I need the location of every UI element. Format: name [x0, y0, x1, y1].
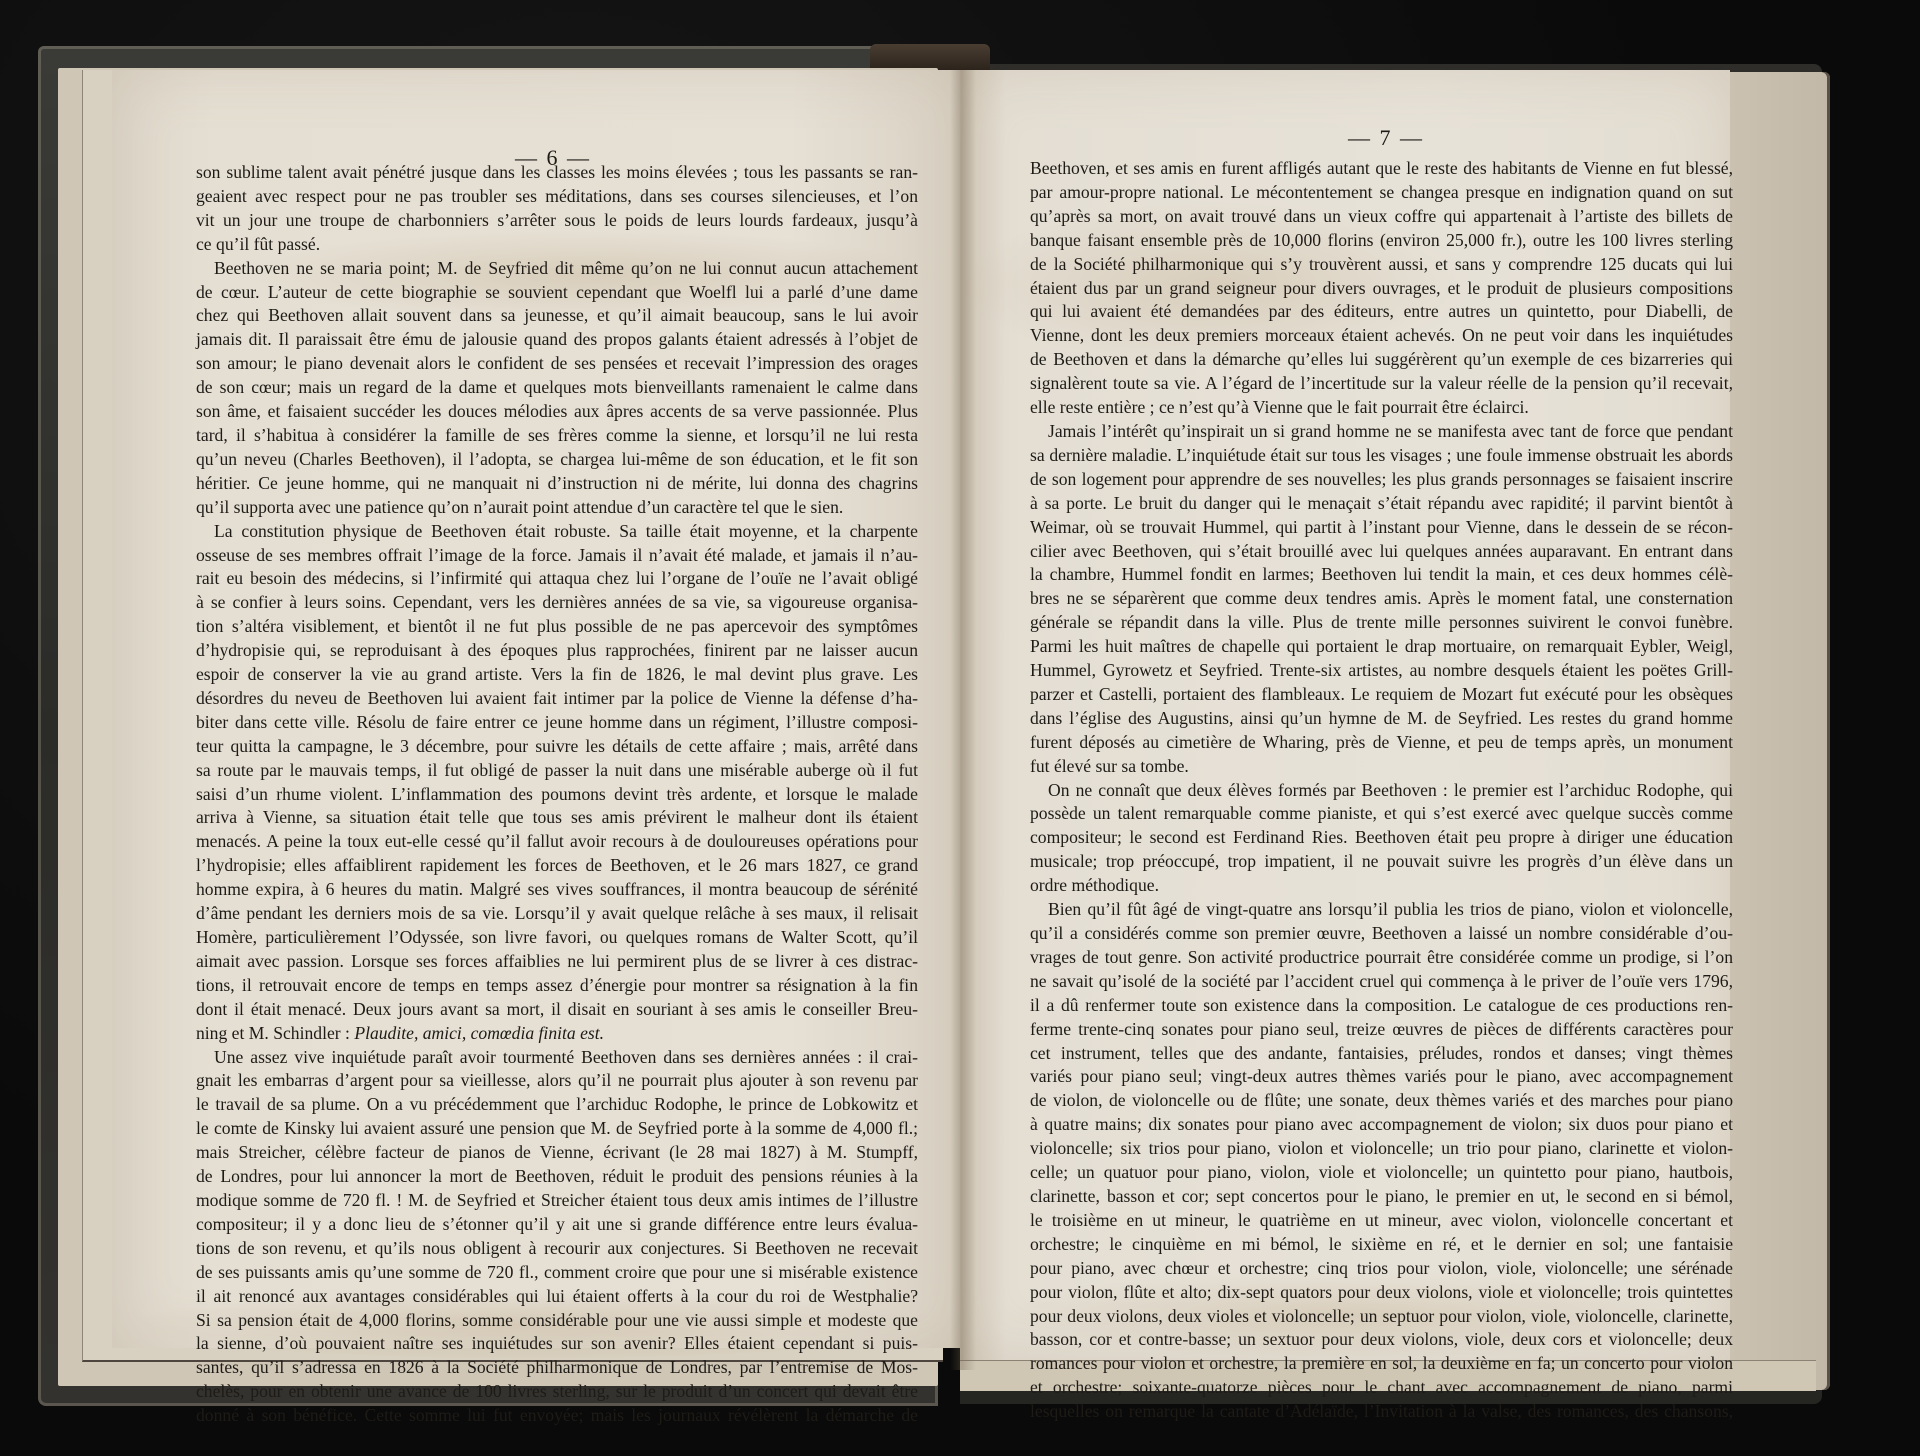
- text-line: vit un jour une troupe de charbonniers s…: [196, 209, 918, 233]
- text-line: sa route par le mauvais temps, il fut ob…: [196, 759, 918, 783]
- text-line: ne savait qu’isolé de la société par l’a…: [1030, 970, 1733, 994]
- text-line: Si sa pension était de 4,000 florins, so…: [196, 1309, 918, 1333]
- text-line: Beethoven ne se maria point; M. de Seyfr…: [196, 257, 918, 281]
- text-line: de cœur. L’auteur de cette biographie se…: [196, 281, 918, 305]
- text-line: par amour-propre national. Le mécontente…: [1030, 181, 1733, 205]
- flyleaf-right-edge: [1720, 72, 1830, 1390]
- text-line: compositeur; il y a donc lieu de s’étonn…: [196, 1213, 918, 1237]
- text-line: arriva à Vienne, sa situation était tell…: [196, 806, 918, 830]
- text-line: variés pour piano seul; vingt-deux autre…: [1030, 1065, 1733, 1089]
- text-line: furent déposés au cimetière de Wharing, …: [1030, 731, 1733, 755]
- text-line: étaient dus par un grand seigneur pour d…: [1030, 277, 1733, 301]
- text-line: son amour; le piano devenait alors le co…: [196, 352, 918, 376]
- text-line: à quatre mains; dix sonates pour piano a…: [1030, 1113, 1733, 1137]
- text-line: violoncelle; six trios pour piano, violo…: [1030, 1137, 1733, 1161]
- text-line: ce qu’il fût passé.: [196, 233, 918, 257]
- text-line: gnait les embarras d’argent pour sa viei…: [196, 1069, 918, 1093]
- text-line: le travail de sa plume. On a vu précédem…: [196, 1093, 918, 1117]
- text-line: à se confier à leurs soins. Cependant, v…: [196, 591, 918, 615]
- text-line: possède un talent remarquable comme pian…: [1030, 802, 1733, 826]
- text-line: qu’il supporta avec une patience qu’on n…: [196, 496, 918, 520]
- text-line: dans l’église des Augustins, ainsi qu’un…: [1030, 707, 1733, 731]
- text-line: compositeur; le second est Ferdinand Rie…: [1030, 826, 1733, 850]
- text-line: banque faisant ensemble près de 10,000 f…: [1030, 229, 1733, 253]
- text-line: homme expira, à 6 heures du matin. Malgr…: [196, 878, 918, 902]
- text-line: Weimar, où se trouvait Hummel, qui parti…: [1030, 516, 1733, 540]
- text-line: tions de son revenu, et qu’ils nous obli…: [196, 1237, 918, 1261]
- text-line: rait eu besoin des médecins, si l’infirm…: [196, 567, 918, 591]
- text-line: pour piano, avec chœur et orchestre; cin…: [1030, 1257, 1733, 1281]
- text-line: de son cœur; mais un regard de la dame e…: [196, 376, 918, 400]
- text-line: cilier avec Beethoven, qui s’était broui…: [1030, 540, 1733, 564]
- text-line: menacés. A peine la toux eut-elle cessé …: [196, 830, 918, 854]
- text-line: désordres du neveu de Beethoven lui avai…: [196, 687, 918, 711]
- text-line: Parmi les huit maîtres de chapelle qui p…: [1030, 635, 1733, 659]
- left-page-text: son sublime talent avait pénétré jusque …: [196, 161, 918, 1428]
- text-line: il ait renoncé aux avantages considérabl…: [196, 1285, 918, 1309]
- text-line: son sublime talent avait pénétré jusque …: [196, 161, 918, 185]
- text-line: sa dernière maladie. L’inquiétude était …: [1030, 444, 1733, 468]
- text-line: ferme trente-cinq sonates pour piano seu…: [1030, 1018, 1733, 1042]
- text-line: lesquelles on remarque la cantate d’Adél…: [1030, 1400, 1733, 1424]
- text-line: aimait avec passion. Lorsque ses forces …: [196, 950, 918, 974]
- text-line: osseuse de ses membres offrait l’image d…: [196, 544, 918, 568]
- text-line: saisi d’un rhume violent. L’inflammation…: [196, 783, 918, 807]
- text-line: biter dans cette ville. Résolu de faire …: [196, 711, 918, 735]
- text-line: ning et M. Schindler : Plaudite, amici, …: [196, 1022, 918, 1046]
- text-line: Une assez vive inquiétude paraît avoir t…: [196, 1046, 918, 1070]
- text-line: l’hydropisie; elles affaiblirent rapidem…: [196, 854, 918, 878]
- text-line: geaient avec respect pour ne pas trouble…: [196, 185, 918, 209]
- text-line: la sienne, d’où pouvaient naître ses inq…: [196, 1332, 918, 1356]
- text-line: santes, qu’il s’adressa en 1826 à la Soc…: [196, 1356, 918, 1380]
- text-line: qu’il a considérés comme son premier œuv…: [1030, 922, 1733, 946]
- text-line: qu’un neveu (Charles Beethoven), il l’ad…: [196, 448, 918, 472]
- text-line: clarinette, basson et cor; sept concerto…: [1030, 1185, 1733, 1209]
- text-line: à sa porte. Le bruit du danger qui le me…: [1030, 492, 1733, 516]
- text-line: le comte de Kinsky lui avaient assuré un…: [196, 1117, 918, 1141]
- text-line: fut élevé sur sa tombe.: [1030, 755, 1733, 779]
- text-line: pour violon, flûte et alto; dix-sept qua…: [1030, 1281, 1733, 1305]
- text-line: tion s’altéra visiblement, et bientôt il…: [196, 615, 918, 639]
- text-line: le troisième en ut mineur, le quatrième …: [1030, 1209, 1733, 1233]
- text-line: de la Société philharmonique qui s’y tro…: [1030, 253, 1733, 277]
- text-line: jamais dit. Il paraissait être ému de ja…: [196, 328, 918, 352]
- text-line: romances pour violon et orchestre, la pr…: [1030, 1352, 1733, 1376]
- text-line: héritier. Ce jeune homme, qui ne manquai…: [196, 472, 918, 496]
- text-line: chez qui Beethoven allait souvent dans s…: [196, 304, 918, 328]
- text-line: Bien qu’il fût âgé de vingt-quatre ans l…: [1030, 898, 1733, 922]
- text-line: musicale; trop préoccupé, trop impatient…: [1030, 850, 1733, 874]
- text-line: de violon, de violoncelle ou de flûte; u…: [1030, 1089, 1733, 1113]
- text-line: et orchestre; soixante-quatorze pièces p…: [1030, 1376, 1733, 1400]
- text-line: basson, cor et contre-basse; un sextuor …: [1030, 1328, 1733, 1352]
- text-line: son âme, et faisaient succéder les douce…: [196, 400, 918, 424]
- text-line: Homère, particulièrement l’Odyssée, son …: [196, 926, 918, 950]
- page-number-right: — 7 —: [1348, 125, 1424, 151]
- text-line: Beethoven, et ses amis en furent affligé…: [1030, 157, 1733, 181]
- book-gutter: [950, 70, 976, 1370]
- text-line: d’âme pendant les derniers mois de sa vi…: [196, 902, 918, 926]
- text-line: mais Streicher, célèbre facteur de piano…: [196, 1141, 918, 1165]
- text-line: tions, il retrouvait encore de temps en …: [196, 974, 918, 998]
- right-page-text: Beethoven, et ses amis en furent affligé…: [1030, 157, 1733, 1424]
- text-line: espoir de conserver la vie au grand arti…: [196, 663, 918, 687]
- text-line: elle reste entière ; ce n’est qu’à Vienn…: [1030, 396, 1733, 420]
- text-line: donné à son bénéfice. Cette somme lui fu…: [196, 1404, 918, 1428]
- text-line: dont il était menacé. Deux jours avant s…: [196, 998, 918, 1022]
- italic-quote: Plaudite, amici, comœdia finita est.: [354, 1023, 604, 1043]
- text-line: générale se répandit dans la ville. Plus…: [1030, 611, 1733, 635]
- text-line: cet instrument, telles que des andante, …: [1030, 1042, 1733, 1066]
- text-line: teur quitta la campagne, le 3 décembre, …: [196, 735, 918, 759]
- text-line: Jamais l’intérêt qu’inspirait un si gran…: [1030, 420, 1733, 444]
- text-line: de Beethoven et dans la démarche qu’elle…: [1030, 348, 1733, 372]
- text-line: la chambre, Hummel fondit en larmes; Bee…: [1030, 563, 1733, 587]
- text-line: de Londres, pour lui annoncer la mort de…: [196, 1165, 918, 1189]
- text-line: celle; un quatuor pour piano, violon, vi…: [1030, 1161, 1733, 1185]
- text-line: signalèrent toute sa vie. A l’égard de l…: [1030, 372, 1733, 396]
- text-line: chelès, pour en obtenir une avance de 10…: [196, 1380, 918, 1404]
- text-line: Hummel, Gyrowetz et Seyfried. Trente-six…: [1030, 659, 1733, 683]
- text-line: La constitution physique de Beethoven ét…: [196, 520, 918, 544]
- text-line: Vienne, dont les deux premiers morceaux …: [1030, 324, 1733, 348]
- text-line: pour deux violons, deux violes et violon…: [1030, 1305, 1733, 1329]
- text-line: de ses puissants amis qu’une somme de 72…: [196, 1261, 918, 1285]
- text-line: qui lui avaient été demandées par des éd…: [1030, 300, 1733, 324]
- text-line: tard, il s’habitua à considérer la famil…: [196, 424, 918, 448]
- text-line: parzer et Castelli, portaient des flambl…: [1030, 683, 1733, 707]
- text-line: vrages de tout genre. Son activité produ…: [1030, 946, 1733, 970]
- text-line: On ne connaît que deux élèves formés par…: [1030, 779, 1733, 803]
- text-line: il a dû renfermer toute son existence da…: [1030, 994, 1733, 1018]
- text-line: ordre méthodique.: [1030, 874, 1733, 898]
- text-line: d’hydropisie qui, se reproduisant à des …: [196, 639, 918, 663]
- text-line: modique somme de 720 fl. ! M. de Seyfrie…: [196, 1189, 918, 1213]
- book-spine: [870, 44, 990, 70]
- text-line: qu’après sa mort, on avait trouvé dans u…: [1030, 205, 1733, 229]
- text-line: orchestre; le cinquième en mi bémol, le …: [1030, 1233, 1733, 1257]
- text-line: bres ne se séparèrent que comme deux ten…: [1030, 587, 1733, 611]
- text-line: de son logement pour apprendre de ses no…: [1030, 468, 1733, 492]
